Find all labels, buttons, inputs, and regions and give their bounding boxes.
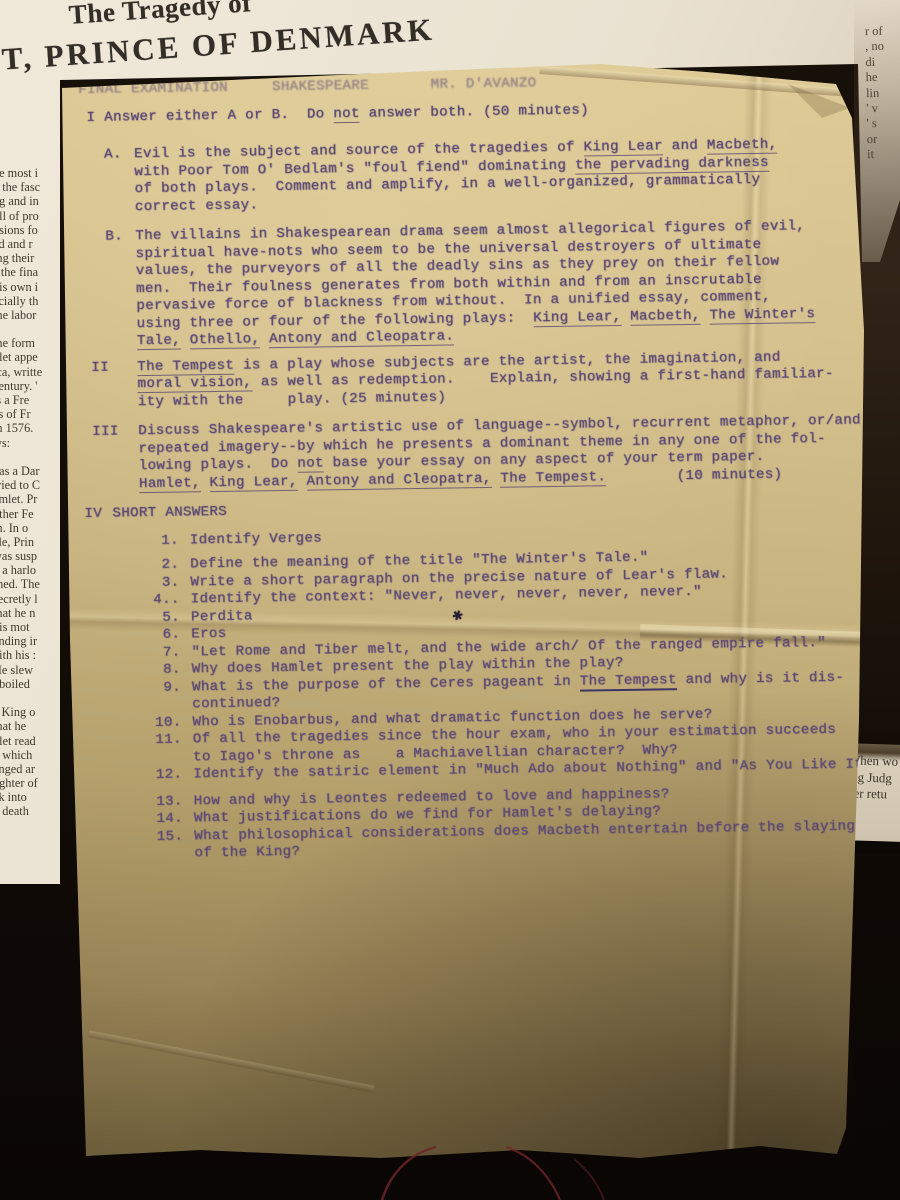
book-text-line: his mot	[0, 620, 42, 634]
book-text-line: secretly l	[0, 592, 42, 606]
typed-segment: I Answer either A or B. Do	[86, 106, 333, 126]
book-text-line: di	[865, 55, 884, 71]
typed-segment: The Tempest	[137, 357, 234, 375]
typed-exam-text: FINAL EXAMINATION SHAKESPEARE MR. D'AVAN…	[78, 70, 900, 864]
book-text-line: ng and in	[0, 194, 42, 208]
line-label: 10.	[147, 714, 181, 732]
line-label: 3.	[145, 574, 179, 592]
red-thread	[506, 1147, 560, 1200]
book-text-line: th. In o	[0, 521, 42, 535]
book-text-line: other Fe	[0, 507, 42, 521]
red-thread	[574, 1159, 604, 1200]
typed-segment: continued?	[192, 695, 280, 712]
book-text-line: the labor	[0, 308, 42, 322]
typed-segment: The Winter's	[709, 306, 815, 325]
line-label: 13.	[149, 793, 183, 811]
typed-segment	[298, 473, 307, 489]
book-text-line: century. '	[0, 379, 42, 393]
book-text-line: n the fasc	[0, 180, 42, 194]
line-label: III	[92, 423, 119, 441]
book-left-column-lines: ne most in the fascng and inull of prous…	[0, 166, 42, 819]
book-text-line: nlet appe	[0, 350, 42, 364]
typed-segment: lowing plays. Do	[139, 456, 298, 474]
book-text-line: in 1576.	[0, 421, 42, 435]
typed-segment: Hamlet,	[139, 475, 201, 493]
book-text-line: usions fo	[0, 223, 42, 237]
typed-segment: King Lear	[583, 138, 663, 156]
book-text-line: ed and r	[0, 237, 42, 251]
typed-segment: The Tempest.	[500, 469, 606, 488]
book-text-line: nlet read	[0, 734, 42, 748]
book-text-line: ull of pro	[0, 209, 42, 223]
typed-segment: not	[297, 455, 324, 472]
book-text-line: e King o	[0, 705, 42, 719]
line-label: 4..	[146, 592, 180, 610]
typed-segment: The Tempest	[580, 672, 677, 691]
typed-segment: FINAL EXAMINATION SHAKESPEARE MR. D'AVAN…	[78, 75, 537, 98]
book-text-line: es of Fr	[0, 407, 42, 421]
exam-paper-sheet: ✱ FINAL EXAMINATION SHAKESPEARE MR. D'AV…	[0, 0, 900, 1200]
line-label: 5.	[146, 609, 180, 627]
typed-segment: and	[663, 138, 707, 155]
book-text-line: , boiled	[0, 677, 42, 691]
book-text-line: he	[866, 70, 885, 86]
book-text-line: his own i	[0, 280, 42, 294]
typed-segment: Identify Verges	[190, 530, 322, 548]
typed-segment: SHORT ANSWERS	[112, 504, 227, 522]
line-label: 9.	[147, 679, 181, 697]
book-text-line: ica, writte	[0, 365, 42, 379]
book-right-edge-shadow	[854, 0, 900, 1200]
line-label: A.	[104, 146, 122, 164]
book-text-line: d death	[0, 804, 42, 818]
typed-segment: Antony and Cleopatra.	[269, 328, 454, 348]
typed-segment: of the King?	[194, 844, 300, 862]
typed-segment: not	[333, 105, 360, 122]
book-text-line: He slew	[0, 663, 42, 677]
book-text-line: g a harlo	[0, 563, 42, 577]
book-text-line: rried to C	[0, 478, 42, 492]
line-label: IV	[84, 506, 102, 524]
typed-segment	[201, 475, 210, 491]
line-label: 14.	[149, 811, 183, 829]
book-text-line: it	[867, 147, 886, 163]
book-text-line: me form	[0, 336, 42, 350]
line-label: 7.	[146, 644, 180, 662]
section-IV-heading: IVSHORT ANSWERS	[84, 494, 896, 524]
line-label: II	[91, 359, 109, 377]
typed-segment: moral vision,	[137, 374, 252, 393]
typed-segment: Antony and Cleopatra,	[306, 470, 491, 490]
typed-segment	[701, 307, 710, 323]
typed-segment: Tale,	[137, 333, 181, 351]
typed-segment: answer both. (50 minutes)	[360, 102, 589, 121]
book-text-line: ' s	[866, 116, 885, 132]
book-text-line: that he	[0, 719, 42, 733]
line-label: 1.	[145, 532, 179, 550]
book-text-line: ending ir	[0, 634, 42, 648]
book-text-line: or	[867, 132, 886, 148]
typed-line: 1.Identify Verges	[85, 521, 897, 551]
typed-segment: (10 minutes)	[606, 466, 782, 485]
line-label: 12.	[148, 767, 182, 785]
typed-segment: Perdita	[191, 608, 253, 625]
book-text-line: n which	[0, 748, 42, 762]
bottom-left-crease	[88, 1030, 374, 1092]
book-text-line: ing their	[0, 251, 42, 265]
typed-segment: Eros	[191, 626, 226, 643]
book-left-column: ne most in the fascng and inull of prous…	[0, 0, 63, 882]
book-text-line: is a Fre	[0, 393, 42, 407]
book-text-line: was susp	[0, 549, 42, 563]
line-label: 6.	[146, 627, 180, 645]
book-text-line: s the fina	[0, 265, 42, 279]
line-label: 2.	[145, 557, 179, 575]
book-text-line: ecially th	[0, 294, 42, 308]
book-text-line: , no	[865, 39, 884, 55]
typed-segment: the pervading darkness	[575, 154, 769, 174]
line-label: 11.	[148, 732, 182, 750]
typed-segment	[181, 332, 190, 348]
typed-segment: Macbeth,	[707, 137, 778, 155]
book-text-line: that he n	[0, 606, 42, 620]
photo-scene: The Tragedy of T, PRINCE OF DENMARK ne m…	[0, 0, 900, 1200]
typed-segment: King Lear,	[533, 308, 621, 326]
book-text-line: anged ar	[0, 762, 42, 776]
book-text-line: vas a Dar	[0, 464, 42, 478]
book-text-line: r of	[865, 24, 884, 40]
book-text-line: ne most i	[0, 166, 42, 180]
typed-segment: King Lear,	[209, 473, 297, 491]
book-text-line: lin	[866, 85, 885, 101]
book-text-line: amlet. Pr	[0, 492, 42, 506]
typed-segment: ity with the play. (25 minutes)	[138, 389, 447, 410]
typed-segment: Othello,	[190, 331, 261, 349]
book-text-line: vith his :	[0, 648, 42, 662]
typed-segment: correct essay.	[135, 197, 259, 215]
book-text-line	[0, 322, 42, 336]
book-text-line: cle, Prin	[0, 535, 42, 549]
section-I-line: I Answer either A or B. Do not answer bo…	[78, 97, 890, 127]
book-text-line: ' v	[866, 101, 885, 117]
book-text-line	[0, 450, 42, 464]
line-label: 8.	[147, 662, 181, 680]
line-label: B.	[105, 228, 123, 246]
book-text-line: ws:	[0, 436, 42, 450]
typed-segment: and why is it dis-	[677, 669, 845, 687]
typed-segment	[621, 308, 630, 324]
book-text-line: rned. The	[0, 577, 42, 591]
book-text-line	[0, 691, 42, 705]
book-text-line: ughter of	[0, 776, 42, 790]
line-label: 15.	[149, 828, 183, 846]
typed-segment: Macbeth,	[630, 307, 701, 325]
book-text-line: ck into	[0, 790, 42, 804]
book-right-top-fragments: r of, nodihelin' v' sorit	[865, 24, 886, 163]
